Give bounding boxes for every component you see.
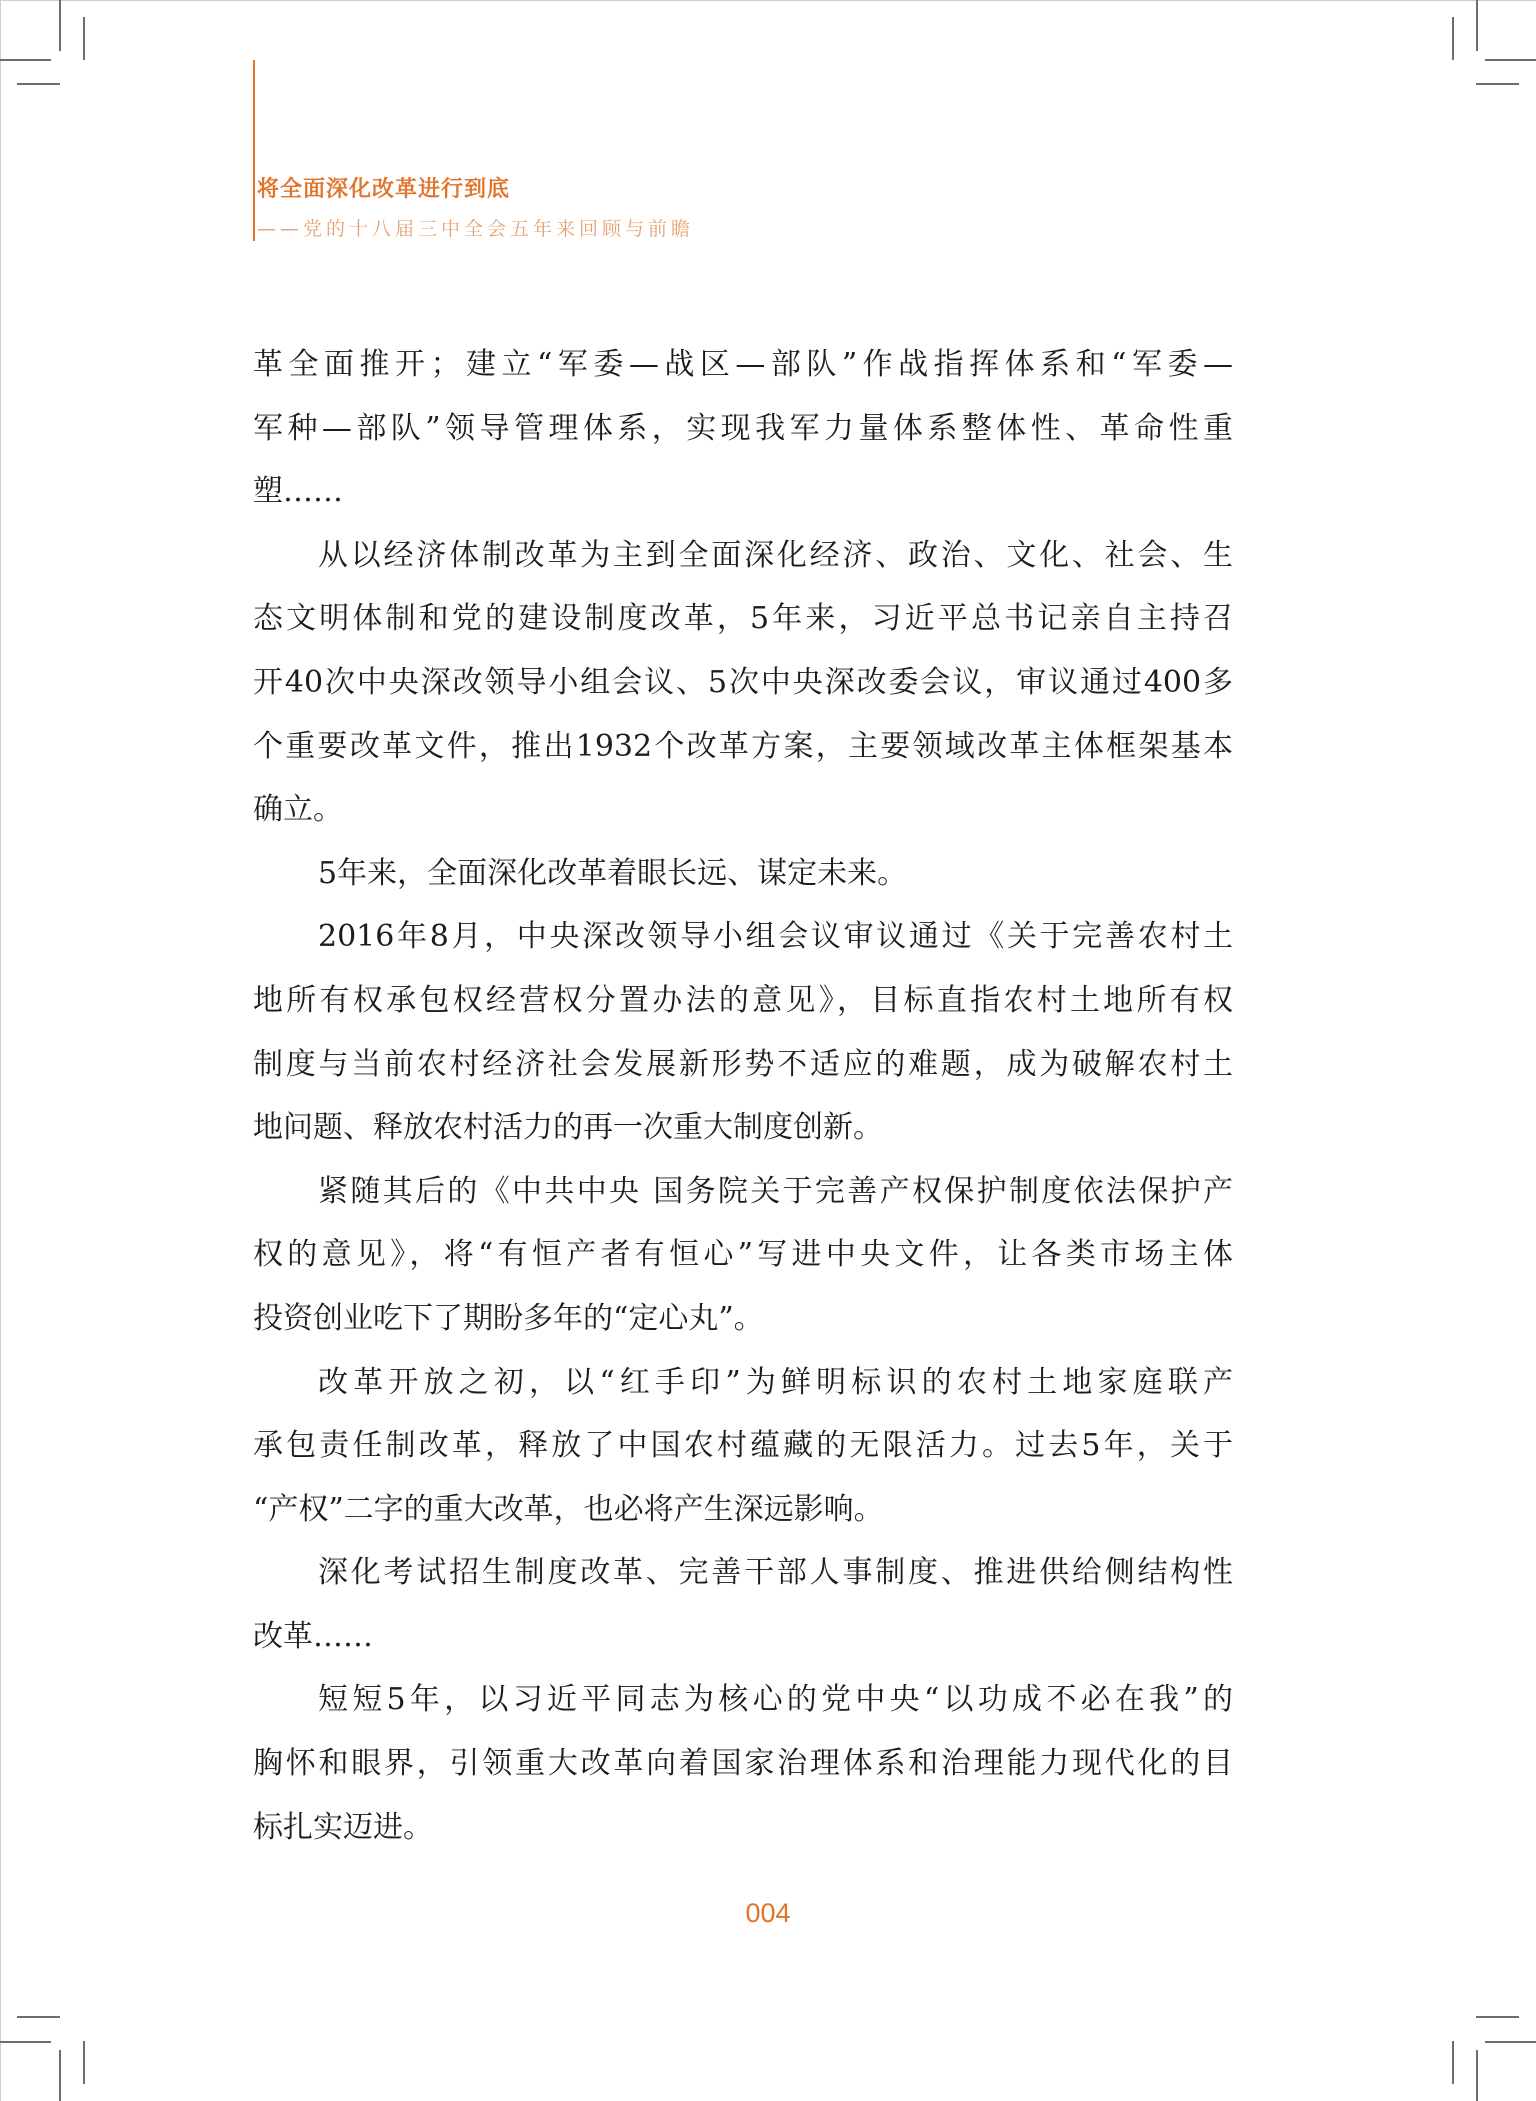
text-line: 改革开放之初，以“红手印”为鲜明标识的农村土地家庭联产 <box>253 1358 1233 1422</box>
body-text: 革全面推开；建立“军委—战区—部队”作战指挥体系和“军委—军种—部队”领导管理体… <box>253 340 1233 1866</box>
paragraph: 革全面推开；建立“军委—战区—部队”作战指挥体系和“军委—军种—部队”领导管理体… <box>253 340 1233 531</box>
text-line: 5年来，全面深化改革着眼长远、谋定未来。 <box>253 849 1233 913</box>
crop-mark <box>1485 59 1536 61</box>
text-line: 态文明体制和党的建设制度改革，5年来，习近平总书记亲自主持召 <box>253 594 1233 658</box>
paragraph: 从以经济体制改革为主到全面深化经济、政治、文化、社会、生态文明体制和党的建设制度… <box>253 531 1233 849</box>
crop-mark <box>17 2016 60 2018</box>
text-line: 承包责任制改革，释放了中国农村蕴藏的无限活力。过去5年，关于 <box>253 1421 1233 1485</box>
crop-mark <box>1452 2041 1454 2084</box>
text-line: 短短5年，以习近平同志为核心的党中央“以功成不必在我”的 <box>253 1675 1233 1739</box>
text-line: 开40次中央深改领导小组会议、5次中央深改委会议，审议通过400多 <box>253 658 1233 722</box>
crop-mark <box>0 59 51 61</box>
text-line: 紧随其后的《中共中央 国务院关于完善产权保护制度依法保护产 <box>253 1167 1233 1231</box>
paragraph: 改革开放之初，以“红手印”为鲜明标识的农村土地家庭联产承包责任制改革，释放了中国… <box>253 1358 1233 1549</box>
crop-mark <box>1476 2050 1478 2101</box>
text-line: 胸怀和眼界，引领重大改革向着国家治理体系和治理能力现代化的目 <box>253 1739 1233 1803</box>
text-line: 确立。 <box>253 785 1233 849</box>
running-header-title: 将全面深化改革进行到底 <box>257 172 510 203</box>
text-line: 改革…… <box>253 1612 1233 1676</box>
paragraph: 2016年8月，中央深改领导小组会议审议通过《关于完善农村土地所有权承包权经营权… <box>253 912 1233 1166</box>
text-line: “产权”二字的重大改革，也必将产生深远影响。 <box>253 1485 1233 1549</box>
page-edge-left <box>0 0 1 2101</box>
text-line: 从以经济体制改革为主到全面深化经济、政治、文化、社会、生 <box>253 531 1233 595</box>
text-line: 地问题、释放农村活力的再一次重大制度创新。 <box>253 1103 1233 1167</box>
crop-mark <box>1452 17 1454 60</box>
running-header-subtitle: ——党的十八届三中全会五年来回顾与前瞻 <box>257 214 694 241</box>
text-line: 革全面推开；建立“军委—战区—部队”作战指挥体系和“军委— <box>253 340 1233 404</box>
text-line: 制度与当前农村经济社会发展新形势不适应的难题，成为破解农村土 <box>253 1040 1233 1104</box>
crop-mark <box>83 17 85 60</box>
text-line: 塑…… <box>253 467 1233 531</box>
paragraph: 短短5年，以习近平同志为核心的党中央“以功成不必在我”的胸怀和眼界，引领重大改革… <box>253 1675 1233 1866</box>
paragraph: 紧随其后的《中共中央 国务院关于完善产权保护制度依法保护产权的意见》，将“有恒产… <box>253 1167 1233 1358</box>
text-line: 地所有权承包权经营权分置办法的意见》，目标直指农村土地所有权 <box>253 976 1233 1040</box>
text-line: 标扎实迈进。 <box>253 1803 1233 1867</box>
text-line: 2016年8月，中央深改领导小组会议审议通过《关于完善农村土 <box>253 912 1233 976</box>
crop-mark <box>17 83 60 85</box>
text-line: 深化考试招生制度改革、完善干部人事制度、推进供给侧结构性 <box>253 1548 1233 1612</box>
paragraph: 5年来，全面深化改革着眼长远、谋定未来。 <box>253 849 1233 913</box>
page-number: 004 <box>0 1898 1536 1929</box>
crop-mark <box>1476 83 1519 85</box>
page-edge-top <box>0 0 1536 1</box>
text-line: 军种—部队”领导管理体系，实现我军力量体系整体性、革命性重 <box>253 404 1233 468</box>
crop-mark <box>59 0 61 51</box>
text-line: 投资创业吃下了期盼多年的“定心丸”。 <box>253 1294 1233 1358</box>
crop-mark <box>1476 0 1478 51</box>
crop-mark <box>83 2041 85 2084</box>
text-line: 个重要改革文件，推出1932个改革方案，主要领域改革主体框架基本 <box>253 722 1233 786</box>
crop-mark <box>59 2050 61 2101</box>
paragraph: 深化考试招生制度改革、完善干部人事制度、推进供给侧结构性改革…… <box>253 1548 1233 1675</box>
crop-mark <box>1476 2016 1519 2018</box>
crop-mark <box>1485 2041 1536 2043</box>
text-line: 权的意见》，将“有恒产者有恒心”写进中央文件，让各类市场主体 <box>253 1230 1233 1294</box>
header-accent-rule <box>253 60 255 241</box>
crop-mark <box>0 2041 51 2043</box>
